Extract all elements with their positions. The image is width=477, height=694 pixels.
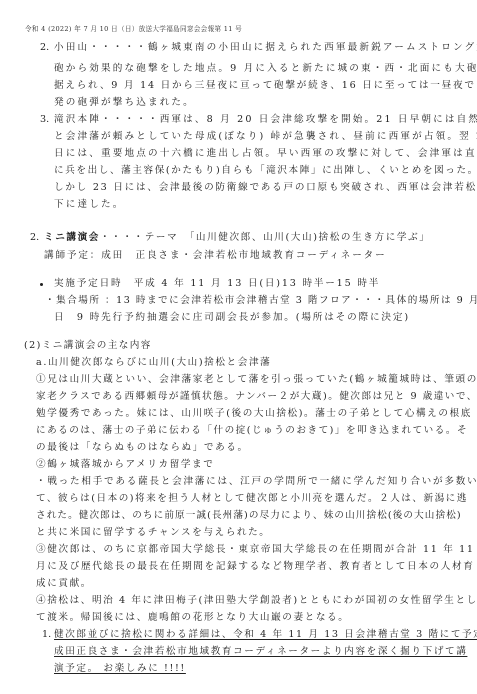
note-number: 1.	[42, 629, 51, 641]
note-line: 演予定。 お楽しみに !!!!	[54, 663, 186, 675]
paragraph-line: と共に米国に留学するチャンスを与えられた。	[36, 527, 271, 539]
paragraph-line: された。健次郎は、のちに前原一誠(長州藩)の尽力により、妹の山川捨松(後の大山捨…	[36, 510, 462, 522]
meeting-place-cont: 日 9 時先行予約抽選会に庄司副会長が参加。(場所はその際に決定)	[54, 312, 410, 324]
paragraph-line: 勉学優秀であった。妹には、山川咲子(後の大山捨松)。藩士の子弟として心構えの根底	[36, 408, 472, 420]
document-page: 令和 4 (2022) 年 7 月 10 日（日）放送大学福島同窓会会報第 11…	[0, 0, 477, 694]
paragraph-line: 家老クラスである西郷頼母が謹慎状態。ナンバー２が大蔵)。健次郎は兄と 9 歳違い…	[36, 391, 477, 403]
list-item-text: 砲から効果的な砲撃をした地点。9 月に入ると新たに城の東・西・北面にも大砲が	[54, 63, 477, 75]
content-heading: (2)ミニ講演会の主な内容	[24, 340, 152, 352]
lecture-speaker: 講師予定：成田 正良さま・会津若松市地域教育コーディネーター	[44, 250, 387, 262]
list-item-text: 小田山・・・・・鶴ヶ城東南の小田山に据えられた西軍最新鋭アームストロング大	[54, 42, 477, 54]
page-header: 令和 4 (2022) 年 7 月 10 日（日）放送大学福島同窓会会報第 11…	[25, 23, 242, 33]
paragraph-line: ①兄は山川大蔵といい、会津藩家老として藩を引っ張っていた(鶴ヶ城籠城時は、筆頭の	[36, 374, 477, 386]
paragraph-line: ④捨松は、明治 4 年に津田梅子(津田塾大学創設者)とともにわが国初の女性留学生…	[36, 595, 477, 607]
lecture-theme: ・・・・テーマ 「山川健次郎、山川(大山)捨松の生き方に学ぶ」	[100, 232, 431, 243]
paragraph-line: にあるのは、藩士の子弟に伝わる「什の掟(じゅうのおきて)」を叩き込まれている。そ	[36, 425, 468, 437]
list-item-text: に兵を出し、藩主容保(かたもり)自らも「滝沢本陣」に出陣し、くいとめを図った。	[54, 165, 477, 177]
paragraph-line: て、彼らは(日本の)将来を担う人材として健次郎と小川亮を選んだ。２人は、新潟に逃	[36, 493, 468, 505]
paragraph-line: て渡米。帰国後には、鹿鳴館の花形となり大山巌の妻となる。	[36, 612, 349, 624]
list-item-text: 下に達した。	[54, 199, 124, 211]
note-line: 健次郎並びに捨松に関わる詳細は、令和 4 年 11 月 13 日会津稽古堂 3 …	[54, 629, 477, 641]
list-number: 3.	[40, 114, 49, 126]
bullet-icon	[40, 283, 43, 286]
lecture-title-bold: ミニ講演会	[44, 232, 100, 243]
paragraph-line: の最後は「ならぬものはならぬ」である。	[36, 442, 249, 454]
list-item-text: と会津藩が頼みとしていた母成(ぼなり) 峠が急襲され、昼前に西軍が占領。翌 22	[54, 131, 477, 143]
lecture-title: ミニ講演会・・・・テーマ 「山川健次郎、山川(大山)捨松の生き方に学ぶ」	[44, 232, 430, 244]
list-item-text: 日には、重要地点の十六橋に進出し占領。早い西軍の攻撃に対して、会津軍は直ち	[54, 148, 477, 160]
lecture-schedule: 実施予定日時 平成 4 年 11 月 13 日(日)13 時半ー15 時半	[54, 278, 380, 290]
paragraph-line: ・戦った相手である薩長と会津藩には、江戸の学問所で一緒に学んだ知り合いが多数い	[36, 476, 477, 488]
paragraph-line: ③健次郎は、のちに京都帝国大学総長・東京帝国大学総長の在任期間が合計 11 年 …	[36, 544, 477, 556]
list-item-text: 滝沢本陣・・・・・西軍は、8 月 20 日会津総攻撃を開始。21 日早朝には自然…	[54, 114, 477, 126]
list-item-text: 発の砲弾が撃ち込まれた。	[54, 97, 195, 109]
paragraph-line: 月に及び歴代総長の最長在任期間を記録するなど物理学者、教育者として日本の人材育	[36, 561, 475, 573]
meeting-place: ・集合場所 ：13 時までに会津若松市会津稽古堂 3 階フロア・・・具体的場所は…	[45, 295, 477, 307]
list-item-text: しかし 23 日には、会津最後の防衛線である戸の口原も突破され、西軍は会津若松城	[54, 182, 477, 194]
content-subheading: a.山川健次郎ならびに山川(大山)捨松と会津藩	[36, 357, 271, 369]
paragraph-line: 成に貢献。	[36, 578, 92, 590]
list-item-text: 据えられ、9 月 14 日から三昼夜に亘って砲撃が続き、16 日に至っては一昼夜…	[54, 80, 477, 92]
paragraph-heading: ②鶴ヶ城落城からアメリカ留学まで	[36, 459, 214, 471]
list-number: 2.	[40, 42, 49, 54]
note-line: 成田正良さま・会津若松市地域教育コーディネーターより内容を深く掘り下げて講	[54, 646, 467, 658]
section-number: 2.	[30, 232, 39, 244]
